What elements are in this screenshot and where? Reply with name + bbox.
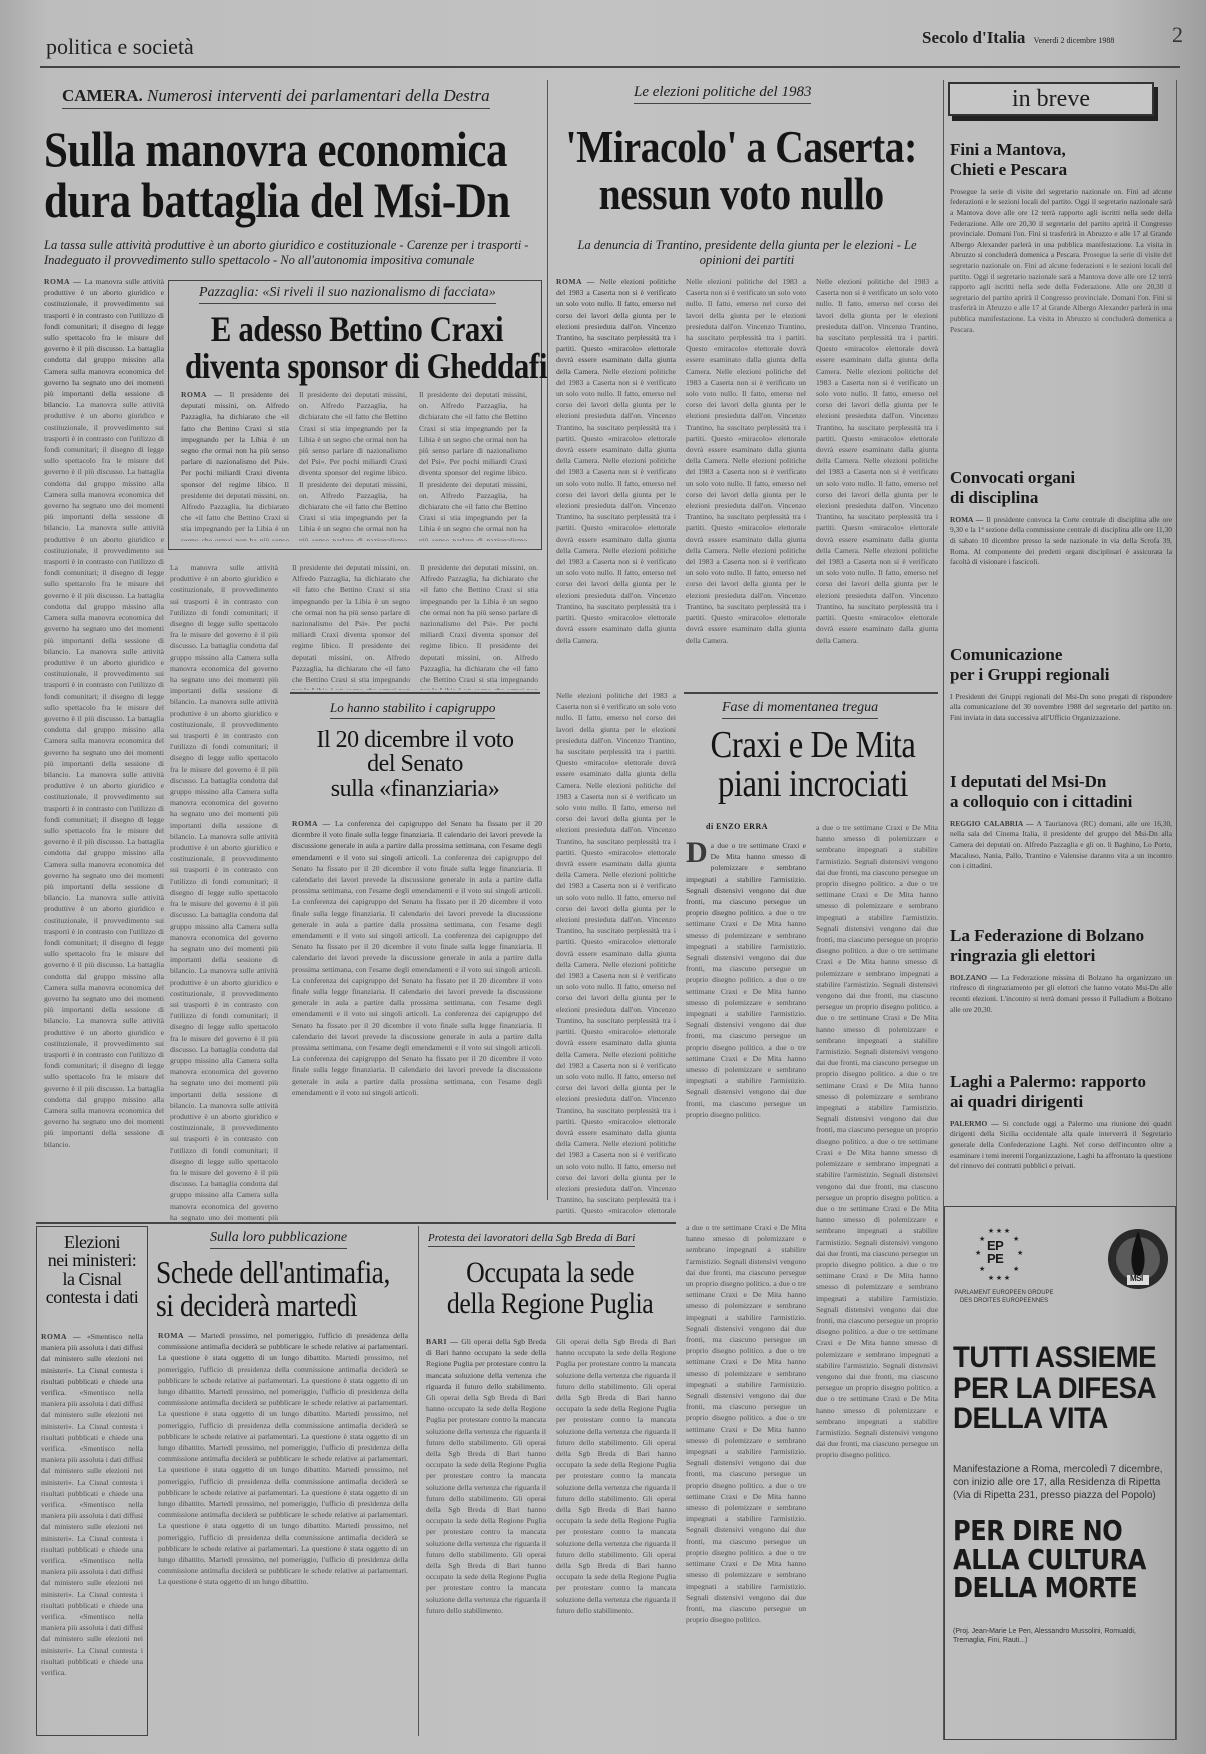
page-number: 2: [1172, 22, 1183, 48]
lead-summary: La tassa sulle attività produttive è un …: [44, 238, 544, 268]
newspaper-page: politica e società Secolo d'Italia Vener…: [0, 0, 1206, 1754]
column-divider: [1176, 80, 1177, 1740]
masthead: Secolo d'Italia Venerdì 2 dicembre 1988: [922, 28, 1114, 48]
masthead-title: Secolo d'Italia: [922, 28, 1025, 47]
craxi-headline: E adesso Bettino Craxi diventa sponsor d…: [185, 311, 529, 384]
puglia-body-col2: Gli operai della Sgb Breda di Bari hanno…: [556, 1336, 676, 1734]
drop-cap: D: [686, 840, 708, 866]
puglia-body-col1: BARI — Gli operai della Sgb Breda di Bar…: [426, 1336, 546, 1734]
column-divider: [547, 80, 548, 1200]
svg-text:★: ★: [1017, 1249, 1023, 1257]
caserta-body-col3: Nelle elezioni politiche del 1983 a Case…: [816, 276, 938, 686]
brief-headline: Comunicazione per i Gruppi regionali: [950, 645, 1172, 686]
bottom-section-rule: [36, 1222, 676, 1224]
in-breve-title: in breve: [948, 82, 1154, 116]
puglia-headline: Occupata la sede della Regione Puglia: [434, 1258, 666, 1319]
svg-text:★ ★ ★: ★ ★ ★: [988, 1227, 1010, 1235]
lead-body-col2: La manovra sulle attività produttive è u…: [170, 562, 278, 1222]
column-divider: [418, 1226, 419, 1736]
cisnal-box: Elezioni nei ministeri: la Cisnal contes…: [36, 1226, 148, 1736]
brief-item: I deputati del Msi-Dn a colloquio con i …: [950, 772, 1172, 905]
svg-text:★ ★ ★: ★ ★ ★: [988, 1274, 1010, 1281]
craxi-body-col3: Il presidente dei deputati missini, on. …: [419, 389, 527, 541]
lead-kicker: CAMERA. Numerosi interventi dei parlamen…: [62, 86, 490, 109]
lead-headline: Sulla manovra economica dura battaglia d…: [44, 124, 474, 226]
brief-body: ROMA — Il presidente convoca la Corte ce…: [950, 515, 1172, 611]
ad-event-info: Manifestazione a Roma, mercoledì 7 dicem…: [953, 1463, 1175, 1502]
craxi-body-col2: Il presidente dei deputati missini, on. …: [299, 389, 407, 541]
antimafia-headline: Schede dell'antimafia, si deciderà marte…: [156, 1256, 397, 1321]
masthead-date: Venerdì 2 dicembre 1988: [1034, 36, 1115, 45]
svg-text:★: ★: [979, 1265, 985, 1273]
ad-slogan-1: TUTTI ASSIEME PER LA DIFESA DELLA VITA: [953, 1343, 1156, 1435]
caserta-headline: 'Miracolo' a Caserta: nessun voto nullo: [552, 124, 930, 218]
caserta-body-col2: Nelle elezioni politiche del 1983 a Case…: [686, 276, 806, 686]
caserta-summary: La denuncia di Trantino, presidente dell…: [556, 238, 938, 268]
brief-item: Comunicazione per i Gruppi regionali I P…: [950, 645, 1172, 736]
brief-headline: La Federazione di Bolzano ringrazia gli …: [950, 926, 1172, 967]
brief-body: BOLZANO — La Federazione missina di Bolz…: [950, 973, 1172, 1049]
section-label: politica e società: [46, 34, 194, 60]
caserta-body-col4: Nelle elezioni politiche del 1983 a Case…: [556, 690, 676, 1220]
ad-credits: (Proj. Jean-Marie Le Pen, Alessandro Mus…: [953, 1627, 1163, 1645]
brief-item: Laghi a Palermo: rapporto ai quadri diri…: [950, 1072, 1172, 1205]
svg-text:★: ★: [975, 1249, 981, 1257]
brief-body: Prosegue la serie di visite del segretar…: [950, 187, 1172, 423]
svg-text:★: ★: [1013, 1265, 1019, 1273]
lead-kicker-text: Numerosi interventi dei parlamentari del…: [147, 86, 490, 105]
caserta-kicker: Le elezioni politiche del 1983: [634, 84, 811, 104]
lead-kicker-strong: CAMERA.: [62, 86, 143, 105]
senato-top-rule: [290, 692, 540, 694]
puglia-kicker: Protesta dei lavoratori della Sgb Breda …: [428, 1232, 635, 1247]
senato-headline: Il 20 dicembre il voto del Senato sulla …: [290, 728, 540, 801]
eppe-caption: PARLAMENT EUROPEEN GROUPE DES DROITES EU…: [949, 1289, 1059, 1305]
msi-flame-emblem-icon: MSI: [1107, 1217, 1169, 1301]
demita-body-col1: D a due o tre settimane Craxi e De Mita …: [686, 840, 806, 1220]
demita-headline: Craxi e De Mita piani incrociati: [684, 726, 942, 804]
craxi-body-cont1: Il presidente dei deputati missini, on. …: [292, 562, 410, 690]
cisnal-body: ROMA — «Smentisco nella maniera più asso…: [41, 1331, 143, 1731]
demita-top-rule: [684, 692, 938, 694]
brief-headline: Laghi a Palermo: rapporto ai quadri diri…: [950, 1072, 1172, 1113]
eppe-logo-icon: ★ ★ ★ ★ ★ ★ ★ ★ ★ ★ ★ ★ EP PE: [971, 1225, 1027, 1281]
antimafia-kicker: Sulla loro pubblicazione: [210, 1230, 347, 1249]
brief-body: I Presidenti dei Gruppi regionali del Ms…: [950, 692, 1172, 736]
header-rule: [40, 66, 1180, 68]
brief-item: Fini a Mantova, Chieti e Pescara Prosegu…: [950, 140, 1172, 423]
senato-kicker: Lo hanno stabilito i capigruppo: [330, 700, 495, 719]
antimafia-body: ROMA — Martedì prossimo, nel pomeriggio,…: [158, 1330, 408, 1734]
svg-text:★: ★: [1013, 1235, 1019, 1243]
lead-body: ROMA — La manovra sulle attività produtt…: [44, 276, 164, 1206]
brief-headline: Fini a Mantova, Chieti e Pescara: [950, 140, 1172, 181]
advertisement: ★ ★ ★ ★ ★ ★ ★ ★ ★ ★ ★ ★ EP PE PARLAMENT …: [944, 1206, 1176, 1740]
demita-kicker: Fase di momentanea tregua: [722, 700, 878, 719]
caserta-body-col1: ROMA — Nelle elezioni politiche del 1983…: [556, 276, 676, 686]
craxi-body-cont2: Il presidente dei deputati missini, on. …: [420, 562, 538, 690]
craxi-kicker: Pazzaglia: «Si riveli il suo nazionalism…: [199, 285, 496, 304]
brief-body: PALERMO — Si conclude oggi a Palermo una…: [950, 1119, 1172, 1205]
demita-body-col2: a due o tre settimane Craxi e De Mita ha…: [816, 822, 938, 1732]
demita-byline: di ENZO ERRA: [706, 822, 768, 831]
brief-body: REGGIO CALABRIA — A Taurianova (RC) doma…: [950, 819, 1172, 905]
svg-text:★: ★: [979, 1235, 985, 1243]
brief-headline: I deputati del Msi-Dn a colloquio con i …: [950, 772, 1172, 813]
senato-body: ROMA — La conferenza dei capigruppo del …: [292, 818, 542, 1220]
craxi-gheddafi-box: Pazzaglia: «Si riveli il suo nazionalism…: [168, 280, 542, 550]
demita-body-col3: a due o tre settimane Craxi e De Mita ha…: [686, 1222, 806, 1732]
brief-item: La Federazione di Bolzano ringrazia gli …: [950, 926, 1172, 1049]
ad-slogan-2: PER DIRE NO ALLA CULTURA DELLA MORTE: [953, 1517, 1146, 1603]
brief-headline: Convocati organi di disciplina: [950, 468, 1172, 509]
cisnal-headline: Elezioni nei ministeri: la Cisnal contes…: [39, 1233, 145, 1306]
brief-item: Convocati organi di disciplina ROMA — Il…: [950, 468, 1172, 611]
craxi-body-col1: ROMA — Il presidente dei deputati missin…: [181, 389, 289, 541]
